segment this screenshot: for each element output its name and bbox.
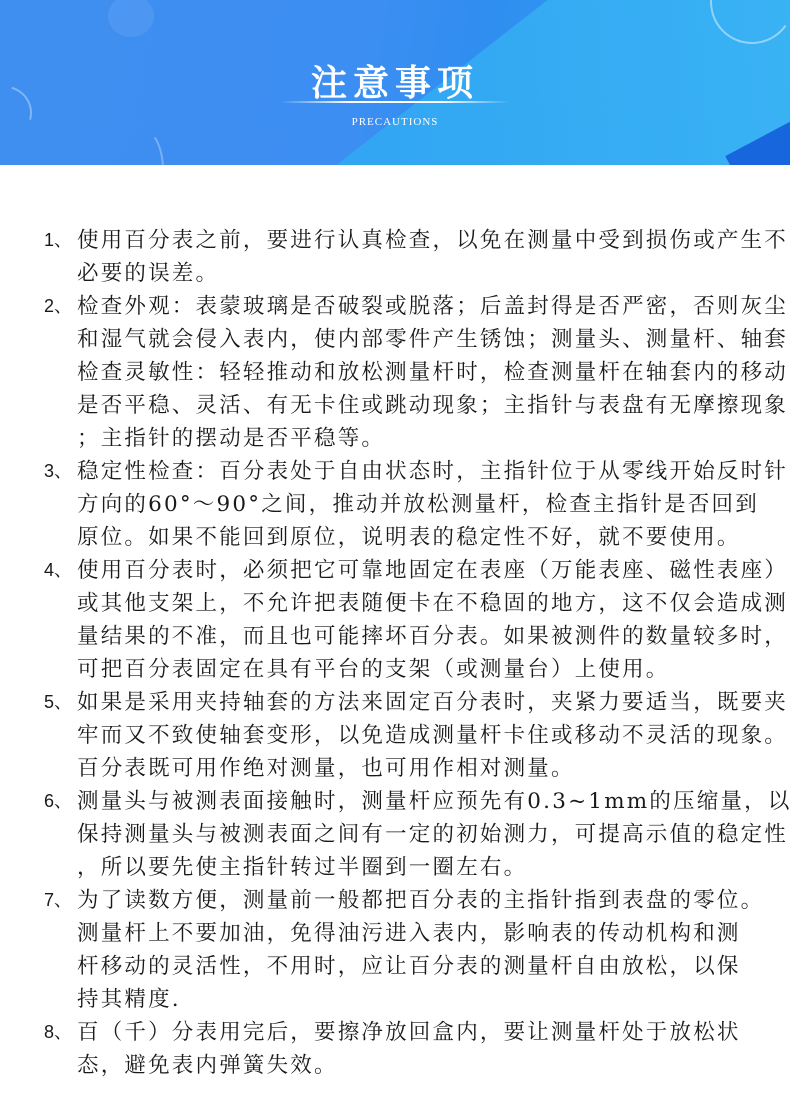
item-number: 8、 — [44, 1016, 72, 1049]
item-text-line: 量结果的不准，而且也可能摔坏百分表。如果被测件的数量较多时， — [44, 620, 764, 653]
precaution-item-2: 2、 检查外观：表蒙玻璃是否破裂或脱落；后盖封得是否严密，否则灰尘 和湿气就会侵… — [44, 290, 764, 455]
item-text-line: 测量杆上不要加油，免得油污进入表内，影响表的传动机构和测 — [44, 917, 764, 950]
precaution-item-5: 5、 如果是采用夹持轴套的方法来固定百分表时，夹紧力要适当，既要夹 牢而又不致使… — [44, 686, 764, 785]
page-title: 注意事项 — [0, 55, 790, 106]
item-number: 1、 — [44, 224, 72, 257]
item-number: 7、 — [44, 884, 72, 917]
precaution-item-6: 6、 测量头与被测表面接触时，测量杆应预先有0.3~1mm的压缩量，以便 保持测… — [44, 785, 764, 884]
item-text-line: 为了读数方便，测量前一般都把百分表的主指针指到表盘的零位。 — [44, 884, 764, 917]
precaution-item-7: 7、 为了读数方便，测量前一般都把百分表的主指针指到表盘的零位。 测量杆上不要加… — [44, 884, 764, 1016]
item-number: 6、 — [44, 785, 72, 818]
precaution-item-8: 8、 百（千）分表用完后，要擦净放回盒内，要让测量杆处于放松状 态，避免表内弹簧… — [44, 1016, 764, 1082]
item-text-line: 原位。如果不能回到原位，说明表的稳定性不好，就不要使用。 — [44, 521, 764, 554]
item-number: 4、 — [44, 554, 72, 587]
item-text-line: 或其他支架上，不允许把表随便卡在不稳固的地方，这不仅会造成测 — [44, 587, 764, 620]
page-subtitle: PRECAUTIONS — [0, 116, 790, 128]
precaution-item-4: 4、 使用百分表时，必须把它可靠地固定在表座（万能表座、磁性表座） 或其他支架上… — [44, 554, 764, 686]
item-text-line: 测量头与被测表面接触时，测量杆应预先有0.3~1mm的压缩量，以便 — [44, 785, 764, 818]
item-text-line: 必要的误差。 — [44, 257, 764, 290]
item-text-line: 可把百分表固定在具有平台的支架（或测量台）上使用。 — [44, 653, 764, 686]
item-text-line: ；主指针的摆动是否平稳等。 — [44, 422, 764, 455]
item-number: 2、 — [44, 290, 72, 323]
item-text-line: 检查外观：表蒙玻璃是否破裂或脱落；后盖封得是否严密，否则灰尘 — [44, 290, 764, 323]
precautions-list: 1、 使用百分表之前，要进行认真检查，以免在测量中受到损伤或产生不 必要的误差。… — [44, 224, 764, 1082]
item-text-line: 持其精度. — [44, 983, 764, 1016]
item-text-line: 杆移动的灵活性，不用时，应让百分表的测量杆自由放松，以保 — [44, 950, 764, 983]
item-text-line: 态，避免表内弹簧失效。 — [44, 1049, 764, 1082]
precaution-item-3: 3、 稳定性检查：百分表处于自由状态时，主指针位于从零线开始反时针 方向的60°… — [44, 455, 764, 554]
item-text-line: 和湿气就会侵入表内，使内部零件产生锈蚀；测量头、测量杆、轴套 — [44, 323, 764, 356]
item-text-line: 百（千）分表用完后，要擦净放回盒内，要让测量杆处于放松状 — [44, 1016, 764, 1049]
decorative-arc-icon — [120, 128, 164, 165]
item-text-line: 如果是采用夹持轴套的方法来固定百分表时，夹紧力要适当，既要夹 — [44, 686, 764, 719]
item-text-line: 使用百分表时，必须把它可靠地固定在表座（万能表座、磁性表座） — [44, 554, 764, 587]
title-divider — [280, 101, 510, 103]
item-text-line: 是否平稳、灵活、有无卡住或跳动现象；主指针与表盘有无摩擦现象 — [44, 389, 764, 422]
item-text-line: 百分表既可用作绝对测量，也可用作相对测量。 — [44, 752, 764, 785]
item-text-line: 使用百分表之前，要进行认真检查，以免在测量中受到损伤或产生不 — [44, 224, 764, 257]
item-text-line: 保持测量头与被测表面之间有一定的初始测力，可提高示值的稳定性 — [44, 818, 764, 851]
item-text-line: 稳定性检查：百分表处于自由状态时，主指针位于从零线开始反时针 — [44, 455, 764, 488]
precaution-item-1: 1、 使用百分表之前，要进行认真检查，以免在测量中受到损伤或产生不 必要的误差。 — [44, 224, 764, 290]
item-number: 5、 — [44, 686, 72, 719]
item-text-line: ，所以要先使主指针转过半圈到一圈左右。 — [44, 851, 764, 884]
decorative-circle — [108, 0, 154, 37]
header-banner: 注意事项 PRECAUTIONS — [0, 0, 790, 165]
item-text-line: 牢而又不致使轴套变形，以免造成测量杆卡住或移动不灵活的现象。 — [44, 719, 764, 752]
item-number: 3、 — [44, 455, 72, 488]
item-text-line: 检查灵敏性：轻轻推动和放松测量杆时，检查测量杆在轴套内的移动 — [44, 356, 764, 389]
item-text-line: 方向的60°～90°之间，推动并放松测量杆，检查主指针是否回到 — [44, 488, 764, 521]
